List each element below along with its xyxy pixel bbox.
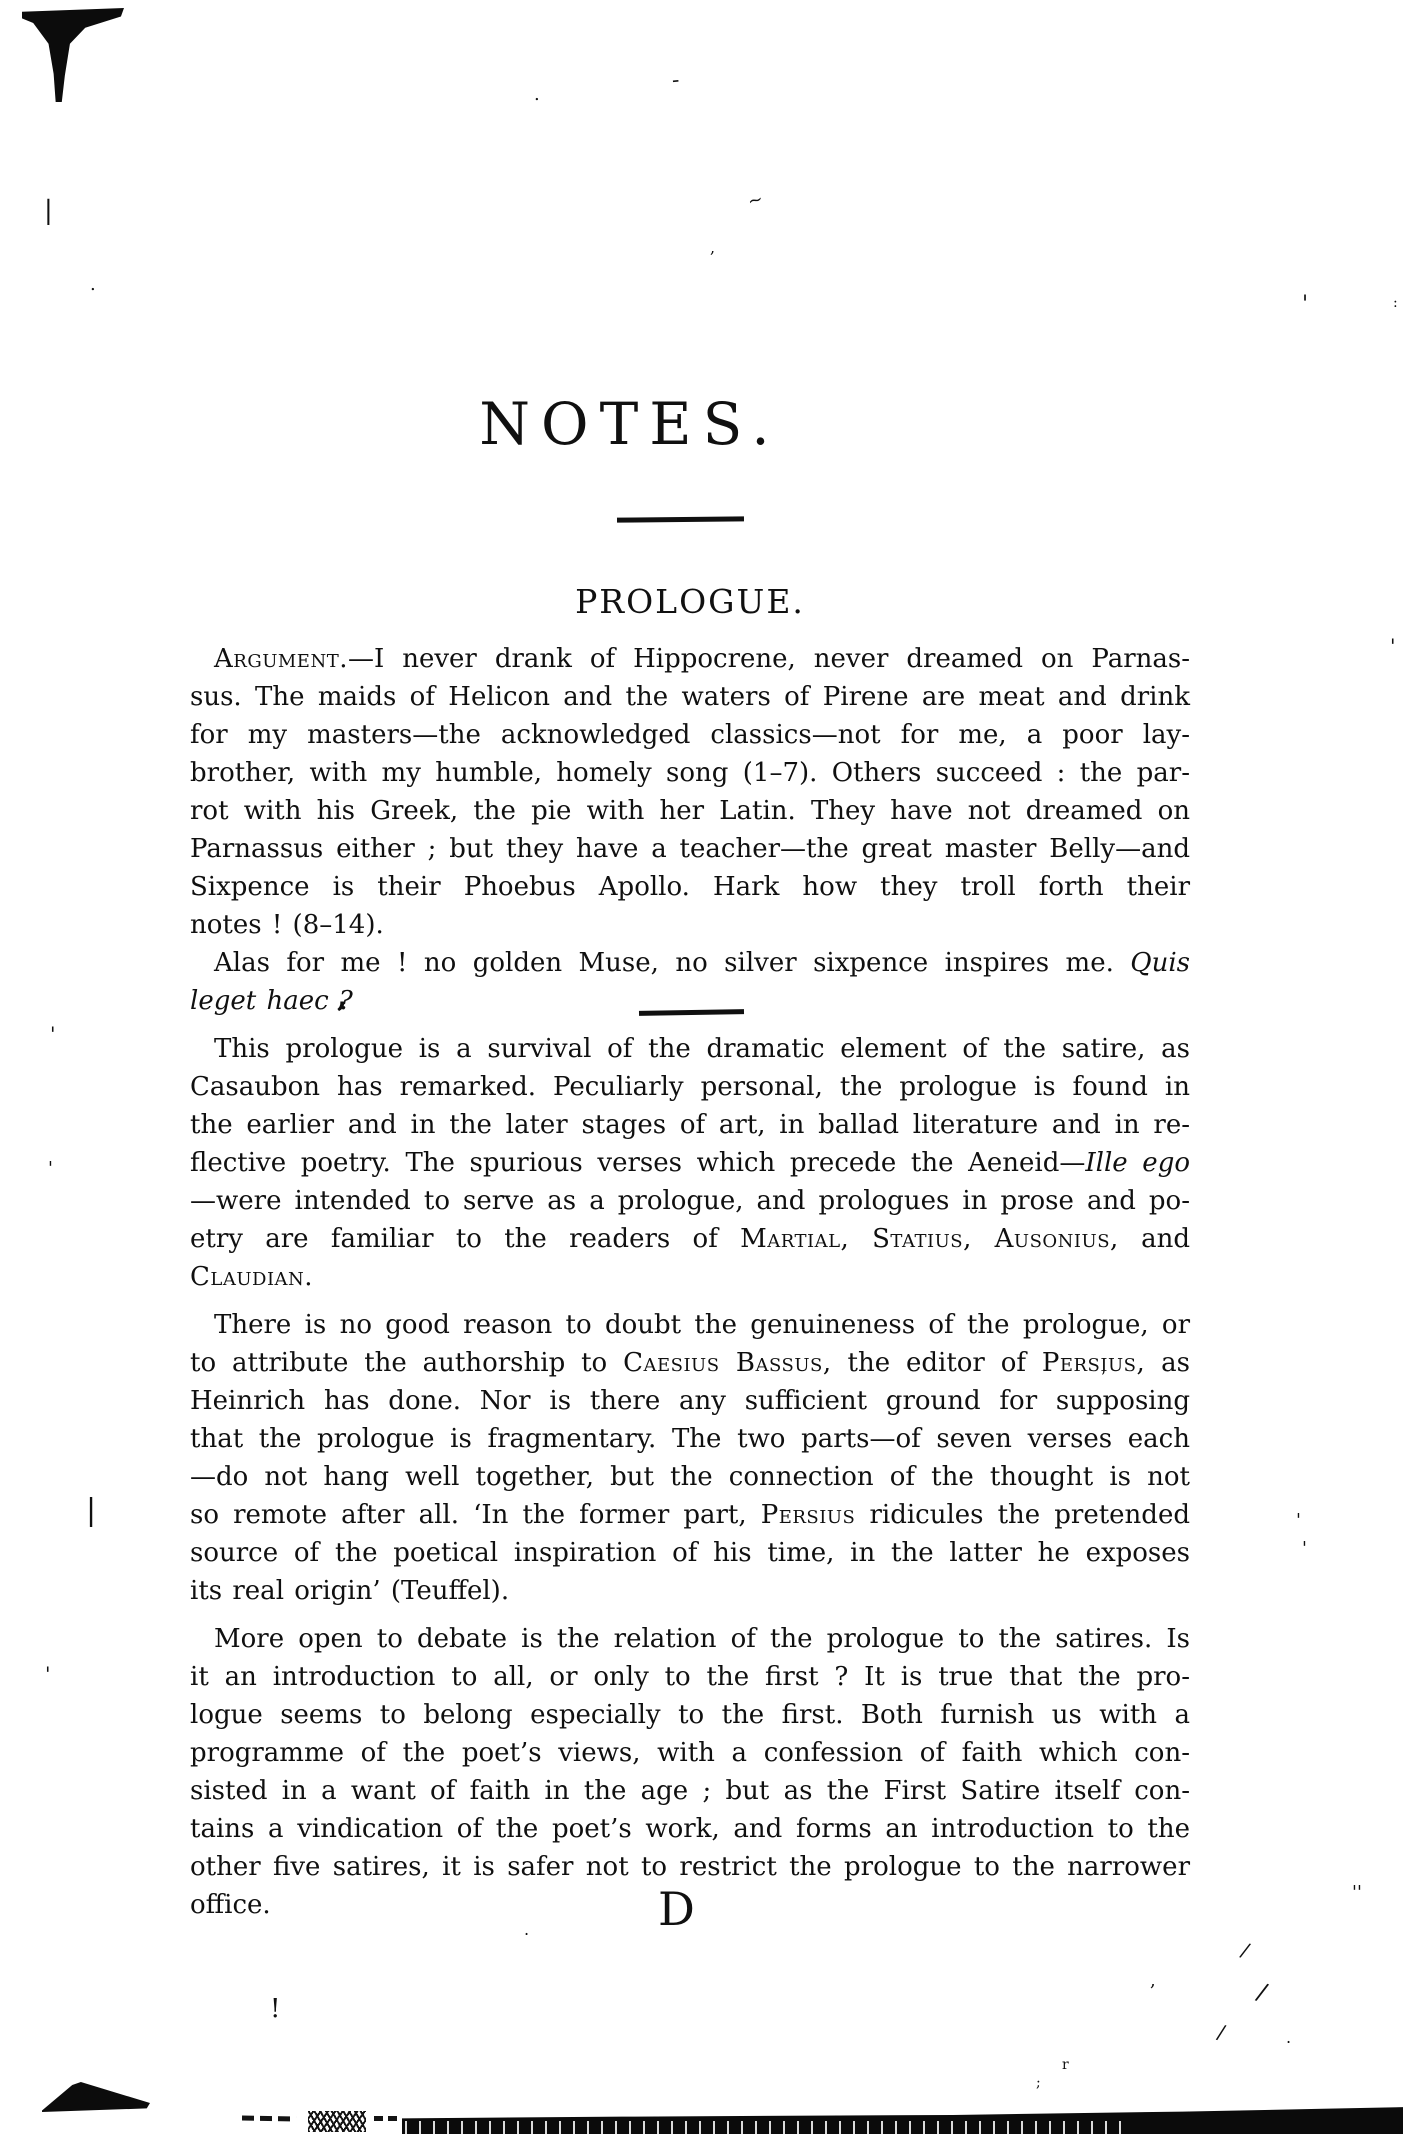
scanned-book-page: NOTES. PROLOGUE. Argument.—I never drank… <box>0 0 1403 2134</box>
text-segment: More open to debate is the relation of t… <box>214 1624 1190 1654</box>
text-segment: its real origin’ (Teuffel). <box>190 1576 509 1606</box>
text-line: There is no good reason to doubt the gen… <box>190 1306 1190 1344</box>
text-segment: rot with his Greek, the pie with her Lat… <box>190 796 1190 826</box>
scan-speck: ' <box>45 1664 51 1684</box>
text-line: so remote after all. ‘In the former part… <box>190 1496 1190 1534</box>
text-segment: sus. The maids of Helicon and the waters… <box>190 682 1190 712</box>
text-segment: other five satires, it is safer not to r… <box>190 1852 1190 1882</box>
text-segment: so remote after all. ‘In the former part… <box>190 1500 761 1530</box>
text-line: logue seems to belong especially to the … <box>190 1696 1190 1734</box>
text-line: programme of the poet’s views, with a co… <box>190 1734 1190 1772</box>
text-line: tains a vindication of the poet’s work, … <box>190 1810 1190 1848</box>
scan-speck: | <box>86 1496 96 1526</box>
scan-speck: - <box>671 70 680 93</box>
scan-ink-blot-top-left <box>22 8 124 102</box>
text-line: —were intended to serve as a prologue, a… <box>190 1182 1190 1220</box>
scan-speck: | <box>44 198 53 224</box>
text-segment: sisted in a want of faith in the age ; b… <box>190 1776 1190 1806</box>
text-segment: This prologue is a survival of the drama… <box>214 1034 1190 1064</box>
text-segment: it an introduction to all, or only to th… <box>190 1662 1190 1692</box>
text-line: rot with his Greek, the pie with her Lat… <box>190 792 1190 830</box>
small-caps-text: Claudian. <box>190 1262 313 1292</box>
small-caps-text: Caesius Bassus, <box>623 1348 832 1378</box>
scan-speck: ' <box>1390 636 1396 656</box>
scan-speck: ' <box>1302 294 1308 316</box>
text-segment: Sixpence is their Phoebus Apollo. Hark h… <box>190 872 1190 902</box>
text-segment: Heinrich has done. Nor is there any suff… <box>190 1386 1190 1416</box>
text-segment: office. <box>190 1890 271 1920</box>
text-line: brother, with my humble, homely song (1–… <box>190 754 1190 792</box>
paragraph: Argument.—I never drank of Hippocrene, n… <box>190 640 1190 944</box>
text-segment: notes ! (8–14). <box>190 910 384 940</box>
scan-speck: / <box>1239 1939 1252 1960</box>
text-line: Claudian. <box>190 1258 1190 1296</box>
text-line: the earlier and in the later stages of a… <box>190 1106 1190 1144</box>
text-segment: that the prologue is fragmentary. The tw… <box>190 1424 1190 1454</box>
scan-speck: . <box>534 86 540 104</box>
text-line: Parnassus either ; but they have a teach… <box>190 830 1190 868</box>
text-segment: flective poetry. The spurious verses whi… <box>190 1148 1085 1178</box>
text-line: to attribute the authorship to Caesius B… <box>190 1344 1190 1382</box>
text-segment: source of the poetical inspiration of hi… <box>190 1538 1190 1568</box>
italic-text: Ille ego <box>1085 1148 1190 1178</box>
scan-speck: : <box>1393 296 1398 310</box>
text-line: that the prologue is fragmentary. The tw… <box>190 1420 1190 1458</box>
text-line: —do not hang well together, but the conn… <box>190 1458 1190 1496</box>
small-caps-text: Persius, <box>1042 1348 1145 1378</box>
paragraph: Alas for me ! no golden Muse, no silver … <box>190 944 1190 1020</box>
text-segment: Parnassus either ; but they have a teach… <box>190 834 1190 864</box>
scan-speck: ; <box>1036 2076 1041 2090</box>
small-caps-text: Argument. <box>214 644 348 674</box>
text-line: it an introduction to all, or only to th… <box>190 1658 1190 1696</box>
text-line: Sixpence is their Phoebus Apollo. Hark h… <box>190 868 1190 906</box>
text-segment: etry are familiar to the readers of <box>190 1224 740 1254</box>
text-segment: —do not hang well together, but the conn… <box>190 1462 1190 1492</box>
scan-edge-dashes-left <box>242 2116 296 2122</box>
text-segment: ridicules the pretended <box>855 1500 1190 1530</box>
text-segment: There is no good reason to doubt the gen… <box>214 1310 1190 1340</box>
text-line: Alas for me ! no golden Muse, no silver … <box>190 944 1190 982</box>
paragraph: There is no good reason to doubt the gen… <box>190 1306 1190 1610</box>
text-line: sisted in a want of faith in the age ; b… <box>190 1772 1190 1810</box>
small-caps-text: Persius <box>761 1500 856 1530</box>
section-heading: PROLOGUE. <box>190 582 1190 621</box>
text-segment: to attribute the authorship to <box>190 1348 623 1378</box>
text-line: etry are familiar to the readers of Mart… <box>190 1220 1190 1258</box>
scan-speck: . <box>524 1922 529 1938</box>
scan-speck: , <box>710 240 715 256</box>
scan-speck: '' <box>1352 1884 1362 1902</box>
scan-speck: ! <box>270 1996 280 2022</box>
text-segment: tains a vindication of the poet’s work, … <box>190 1814 1190 1844</box>
text-line: This prologue is a survival of the drama… <box>190 1030 1190 1068</box>
text-line: Heinrich has done. Nor is there any suff… <box>190 1382 1190 1420</box>
text-segment: Alas for me ! no golden Muse, no silver … <box>214 948 1130 978</box>
text-line: its real origin’ (Teuffel). <box>190 1572 1190 1610</box>
scan-speck: . <box>90 276 96 294</box>
scan-speck: ' <box>1302 1540 1307 1558</box>
text-segment: and <box>1119 1224 1190 1254</box>
italic-text: Quis <box>1130 948 1190 978</box>
scan-speck: , <box>1150 1972 1156 1990</box>
text-segment: as <box>1145 1348 1190 1378</box>
text-line: sus. The maids of Helicon and the waters… <box>190 678 1190 716</box>
text-line: source of the poetical inspiration of hi… <box>190 1534 1190 1572</box>
scan-page-edge-band <box>402 2106 1403 2134</box>
text-segment: programme of the poet’s views, with a co… <box>190 1738 1190 1768</box>
text-segment: for my masters—the acknowledged classics… <box>190 720 1190 750</box>
italic-text: leget haec ? <box>190 986 353 1016</box>
scan-speck: ~ <box>746 190 765 211</box>
text-block: Argument.—I never drank of Hippocrene, n… <box>190 640 1190 1924</box>
scan-speck: / <box>1216 2021 1228 2042</box>
text-segment: Casaubon has remarked. Peculiarly person… <box>190 1072 1190 1102</box>
scan-speck: ' <box>1296 1512 1301 1530</box>
text-segment: the earlier and in the later stages of a… <box>190 1110 1190 1140</box>
text-segment: logue seems to belong especially to the … <box>190 1700 1190 1730</box>
text-line: Argument.—I never drank of Hippocrene, n… <box>190 640 1190 678</box>
page-title: NOTES. <box>130 390 1130 458</box>
scan-speck: . <box>1286 2030 1291 2046</box>
small-caps-text: Martial, Statius, Ausonius, <box>740 1224 1119 1254</box>
scan-speck: ' <box>48 1160 53 1178</box>
title-divider-rule <box>617 516 744 522</box>
scan-edge-dashes-mid <box>374 2116 402 2121</box>
text-line: for my masters—the acknowledged classics… <box>190 716 1190 754</box>
text-line: notes ! (8–14). <box>190 906 1190 944</box>
text-line: other five satires, it is safer not to r… <box>190 1848 1190 1886</box>
paragraph: More open to debate is the relation of t… <box>190 1620 1190 1924</box>
text-segment: the editor of <box>832 1348 1042 1378</box>
text-segment: —were intended to serve as a prologue, a… <box>190 1186 1190 1216</box>
text-line: More open to debate is the relation of t… <box>190 1620 1190 1658</box>
text-segment: —I never drank of Hippocrene, never drea… <box>348 644 1190 674</box>
scan-ink-blot-bottom-left <box>42 2082 150 2112</box>
scan-speck: / <box>1254 1979 1270 2004</box>
text-segment: brother, with my humble, homely song (1–… <box>190 758 1190 788</box>
signature-mark: D <box>658 1886 695 1932</box>
text-line: flective poetry. The spurious verses whi… <box>190 1144 1190 1182</box>
scan-edge-scribble <box>308 2111 366 2132</box>
scan-speck: ' <box>50 1024 56 1044</box>
text-line: Casaubon has remarked. Peculiarly person… <box>190 1068 1190 1106</box>
paragraph: This prologue is a survival of the drama… <box>190 1030 1190 1296</box>
scan-speck: r <box>1062 2058 1069 2072</box>
